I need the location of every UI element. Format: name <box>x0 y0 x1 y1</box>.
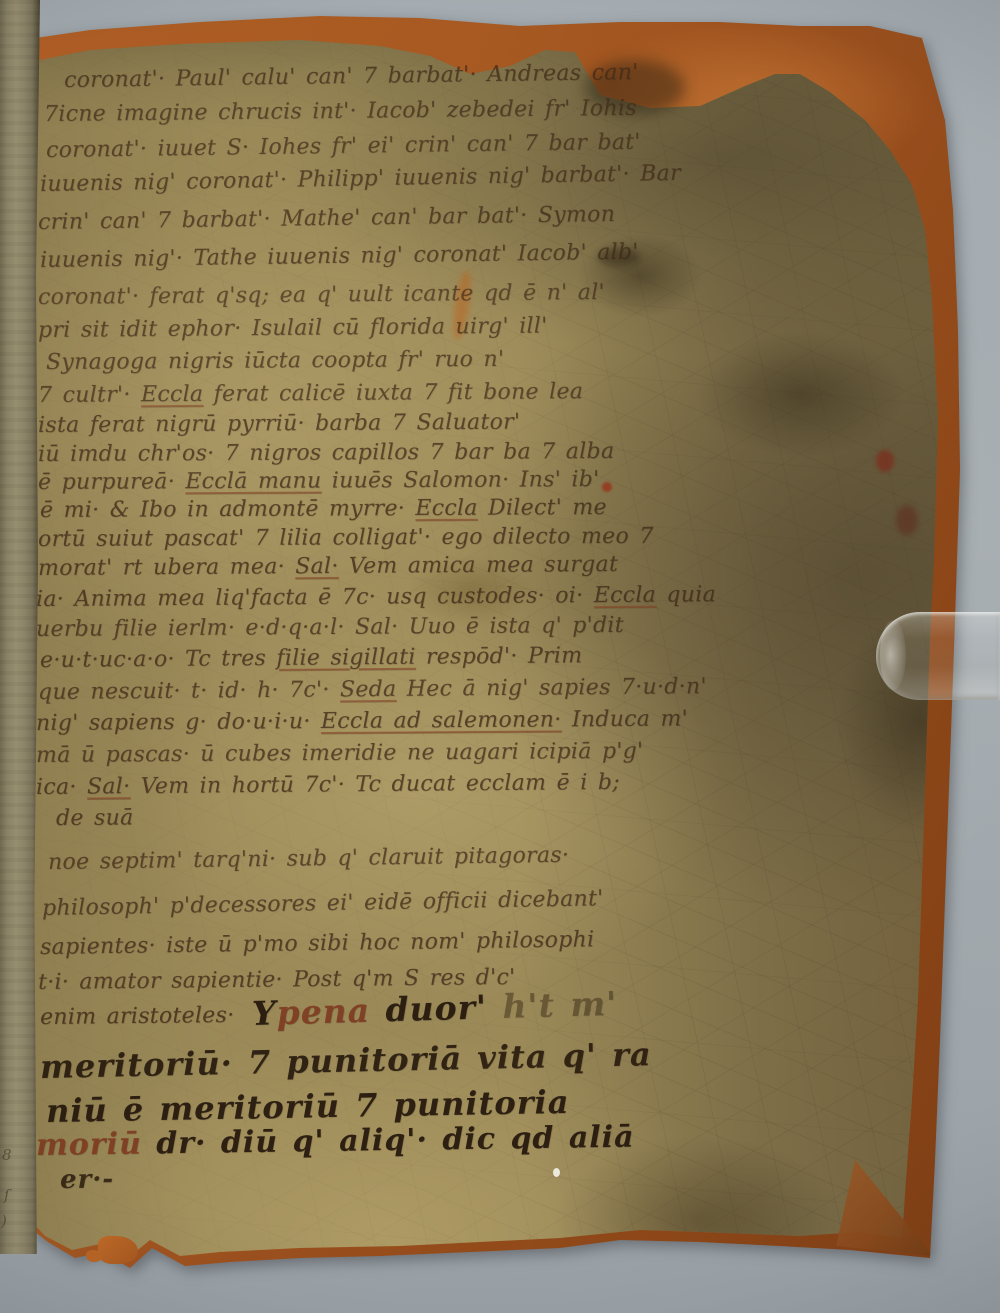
text-segment: ē purpureā· <box>38 469 185 495</box>
manuscript-line-5: crin' can' 7 barbat'· Mathe' can' bar ba… <box>38 202 615 235</box>
text-segment: iuuēs Salomon· Ins' ib' <box>321 467 599 493</box>
text-segment: Eccla <box>594 583 657 608</box>
manuscript-line-2: 7icne imagine chrucis int'· Iacob' zebed… <box>44 96 637 127</box>
text-segment: Sal· <box>295 554 339 579</box>
text-segment: vita q' ra <box>477 1035 652 1077</box>
text-segment: Hec ā nig' sapies 7·u·d·n' <box>396 674 707 702</box>
manuscript-line-27: sapientes· iste ū p'mo sibi hoc nom' phi… <box>40 927 595 960</box>
manuscript-line-21: nig' sapiens g· do·u·i·u· Eccla ad salem… <box>36 706 688 736</box>
manuscript-line-12: iū imdu chr'os· 7 nigros capillos 7 bar … <box>38 439 614 467</box>
text-segment: Seda <box>340 677 397 702</box>
manuscript-line-8: pri sit idit ephor· Isulail cū florida u… <box>38 314 548 343</box>
text-segment: Y <box>251 993 277 1033</box>
edge-mark: ) <box>1 1212 7 1230</box>
binding-stub: 8ſ) <box>0 0 40 1254</box>
text-segment: dr· diū q' aliq'· dic qd aliā <box>156 1120 635 1162</box>
text-segment: Eccla ad salemonen· <box>321 707 562 734</box>
manuscript-line-3: coronat'· iuuet S· Iohes fr' ei' crin' c… <box>46 130 641 163</box>
manuscript-line-33: moriū dr· diū q' aliq'· dic qd aliā <box>36 1120 635 1163</box>
text-segment: Eccla <box>415 496 477 521</box>
glass-weight <box>876 612 1000 700</box>
manuscript-photo: coronat'· Paul' calu' can' 7 barbat'· An… <box>0 0 1000 1313</box>
manuscript-line-4: iuuenis nig' coronat'· Philipp' iuuenis … <box>40 161 681 197</box>
text-segment: quia <box>656 582 716 607</box>
text-segment: nig' sapiens g· do·u·i·u· <box>36 709 321 736</box>
text-segment: ferat calicē iuxta 7 fit bone lea <box>203 379 583 407</box>
text-segment: h't m' <box>502 984 618 1026</box>
manuscript-line-34: er·- <box>60 1164 114 1195</box>
text-segment: Dilect' me <box>478 495 607 521</box>
parchment-page: coronat'· Paul' calu' can' 7 barbat'· An… <box>0 0 1000 1313</box>
manuscript-line-29: enim aristoteles· <box>40 1003 235 1030</box>
text-segment: pena <box>276 991 371 1033</box>
leather-fragment <box>98 1236 138 1264</box>
manuscript-line-25: noe septim' tarq'ni· sub q' claruit pita… <box>48 843 570 875</box>
manuscript-line-18: uerbu filie ierlm· e·d·q·a·l· Sal· Uuo ē… <box>36 613 624 642</box>
manuscript-line-31: meritoriū· 7 punitoriā vita q' ra <box>40 1035 652 1086</box>
text-segment: Induca m' <box>561 706 688 732</box>
manuscript-line-15: ortū suiut pascat' 7 lilia colligat'· eg… <box>38 524 654 552</box>
manuscript-line-1: coronat'· Paul' calu' can' 7 barbat'· An… <box>64 60 639 93</box>
edge-mark: ſ <box>4 1186 10 1204</box>
text-segment: filie sigillati <box>276 645 415 671</box>
text-segment: e·u·t·uc·a·o· Tc tres <box>40 646 277 673</box>
text-segment: Synagoga nigris iūcta coopta fr' ruo n' <box>46 347 504 375</box>
text-segment: duor' <box>369 987 503 1030</box>
manuscript-text-block: coronat'· Paul' calu' can' 7 barbat'· An… <box>0 0 1000 1313</box>
text-segment: sapientes· iste ū p'mo sibi hoc nom' phi… <box>40 927 595 960</box>
text-segment: noe septim' tarq'ni· sub q' claruit pita… <box>48 843 570 875</box>
text-segment: iū imdu chr'os· 7 nigros capillos 7 bar … <box>38 439 614 467</box>
text-segment: enim aristoteles· <box>40 1003 235 1030</box>
manuscript-line-23: ica· Sal· Vem in hortū 7c'· Tc ducat ecc… <box>36 770 620 800</box>
text-segment: er·- <box>60 1164 114 1195</box>
leather-fragment <box>86 1250 102 1262</box>
manuscript-line-24: de suā <box>56 805 134 831</box>
text-segment: Sal· <box>87 774 131 799</box>
text-segment: ē mi· & Ibo in admontē myrre· <box>40 496 415 523</box>
manuscript-line-7: coronat'· ferat q'sq; ea q' uult icante … <box>38 280 605 310</box>
manuscript-line-14: ē mi· & Ibo in admontē myrre· Eccla Dile… <box>40 495 607 523</box>
text-segment: Eccla <box>141 382 204 407</box>
manuscript-line-13: ē purpureā· Ecclā manu iuuēs Salomon· In… <box>38 467 600 495</box>
text-segment: coronat'· iuuet S· Iohes fr' ei' crin' c… <box>46 130 641 163</box>
text-segment: Ecclā manu <box>185 469 321 495</box>
text-segment: ica· <box>36 775 87 800</box>
text-segment: ortū suiut pascat' 7 lilia colligat'· eg… <box>38 524 654 552</box>
manuscript-line-22: mā ū pascas· ū cubes imeridie ne uagari … <box>36 739 644 768</box>
text-segment: 7icne imagine chrucis int'· Iacob' zebed… <box>44 96 637 127</box>
text-segment: de suā <box>56 805 134 831</box>
manuscript-line-20: que nescuit· t· id· h· 7c'· Seda Hec ā n… <box>38 674 707 705</box>
manuscript-line-9: Synagoga nigris iūcta coopta fr' ruo n' <box>46 347 504 375</box>
text-segment: philosoph' p'decessores ei' eidē officii… <box>42 886 604 921</box>
manuscript-line-6: iuuenis nig'· Tathe iuuenis nig' coronat… <box>40 240 639 273</box>
text-segment: pri sit idit ephor· Isulail cū florida u… <box>38 314 548 343</box>
text-segment: que nescuit· t· id· h· 7c'· <box>38 677 340 705</box>
text-segment: uerbu filie ierlm· e·d·q·a·l· Sal· Uuo ē… <box>36 613 624 642</box>
text-segment: meritoriū· 7 punitoriā <box>40 1039 478 1086</box>
edge-mark: 8 <box>2 1146 12 1164</box>
manuscript-line-11: ista ferat nigrū pyrriū· barba 7 Saluato… <box>38 410 520 438</box>
glass-weight-end-cap <box>880 620 906 690</box>
manuscript-line-16: morat' rt ubera mea· Sal· Vem amica mea … <box>38 552 618 581</box>
manuscript-line-26: philosoph' p'decessores ei' eidē officii… <box>42 886 604 921</box>
text-segment: ia· Anima mea liq'facta ē 7c· usq custod… <box>36 583 594 612</box>
text-segment: respōd'· Prim <box>416 643 583 669</box>
text-segment: iuuenis nig'· Tathe iuuenis nig' coronat… <box>40 240 639 273</box>
text-segment: 7 cultr'· <box>38 382 141 408</box>
text-segment: moriū <box>36 1126 157 1163</box>
text-segment: ista ferat nigrū pyrriū· barba 7 Saluato… <box>38 410 520 438</box>
text-segment: iuuenis nig' coronat'· Philipp' iuuenis … <box>40 161 681 197</box>
text-segment: crin' can' 7 barbat'· Mathe' can' bar ba… <box>38 202 615 235</box>
manuscript-line-19: e·u·t·uc·a·o· Tc tres filie sigillati re… <box>40 643 583 673</box>
text-segment: Vem amica mea surgat <box>338 552 618 579</box>
manuscript-line-10: 7 cultr'· Eccla ferat calicē iuxta 7 fit… <box>38 379 583 408</box>
text-segment: mā ū pascas· ū cubes imeridie ne uagari … <box>36 739 644 768</box>
text-segment: morat' rt ubera mea· <box>38 554 295 581</box>
text-segment: coronat'· ferat q'sq; ea q' uult icante … <box>38 280 605 310</box>
text-segment: Vem in hortū 7c'· Tc ducat ecclam ē i b; <box>130 770 620 799</box>
page-wrapper: coronat'· Paul' calu' can' 7 barbat'· An… <box>0 0 1000 1313</box>
text-segment: coronat'· Paul' calu' can' 7 barbat'· An… <box>64 60 639 93</box>
manuscript-line-17: ia· Anima mea liq'facta ē 7c· usq custod… <box>36 582 716 612</box>
